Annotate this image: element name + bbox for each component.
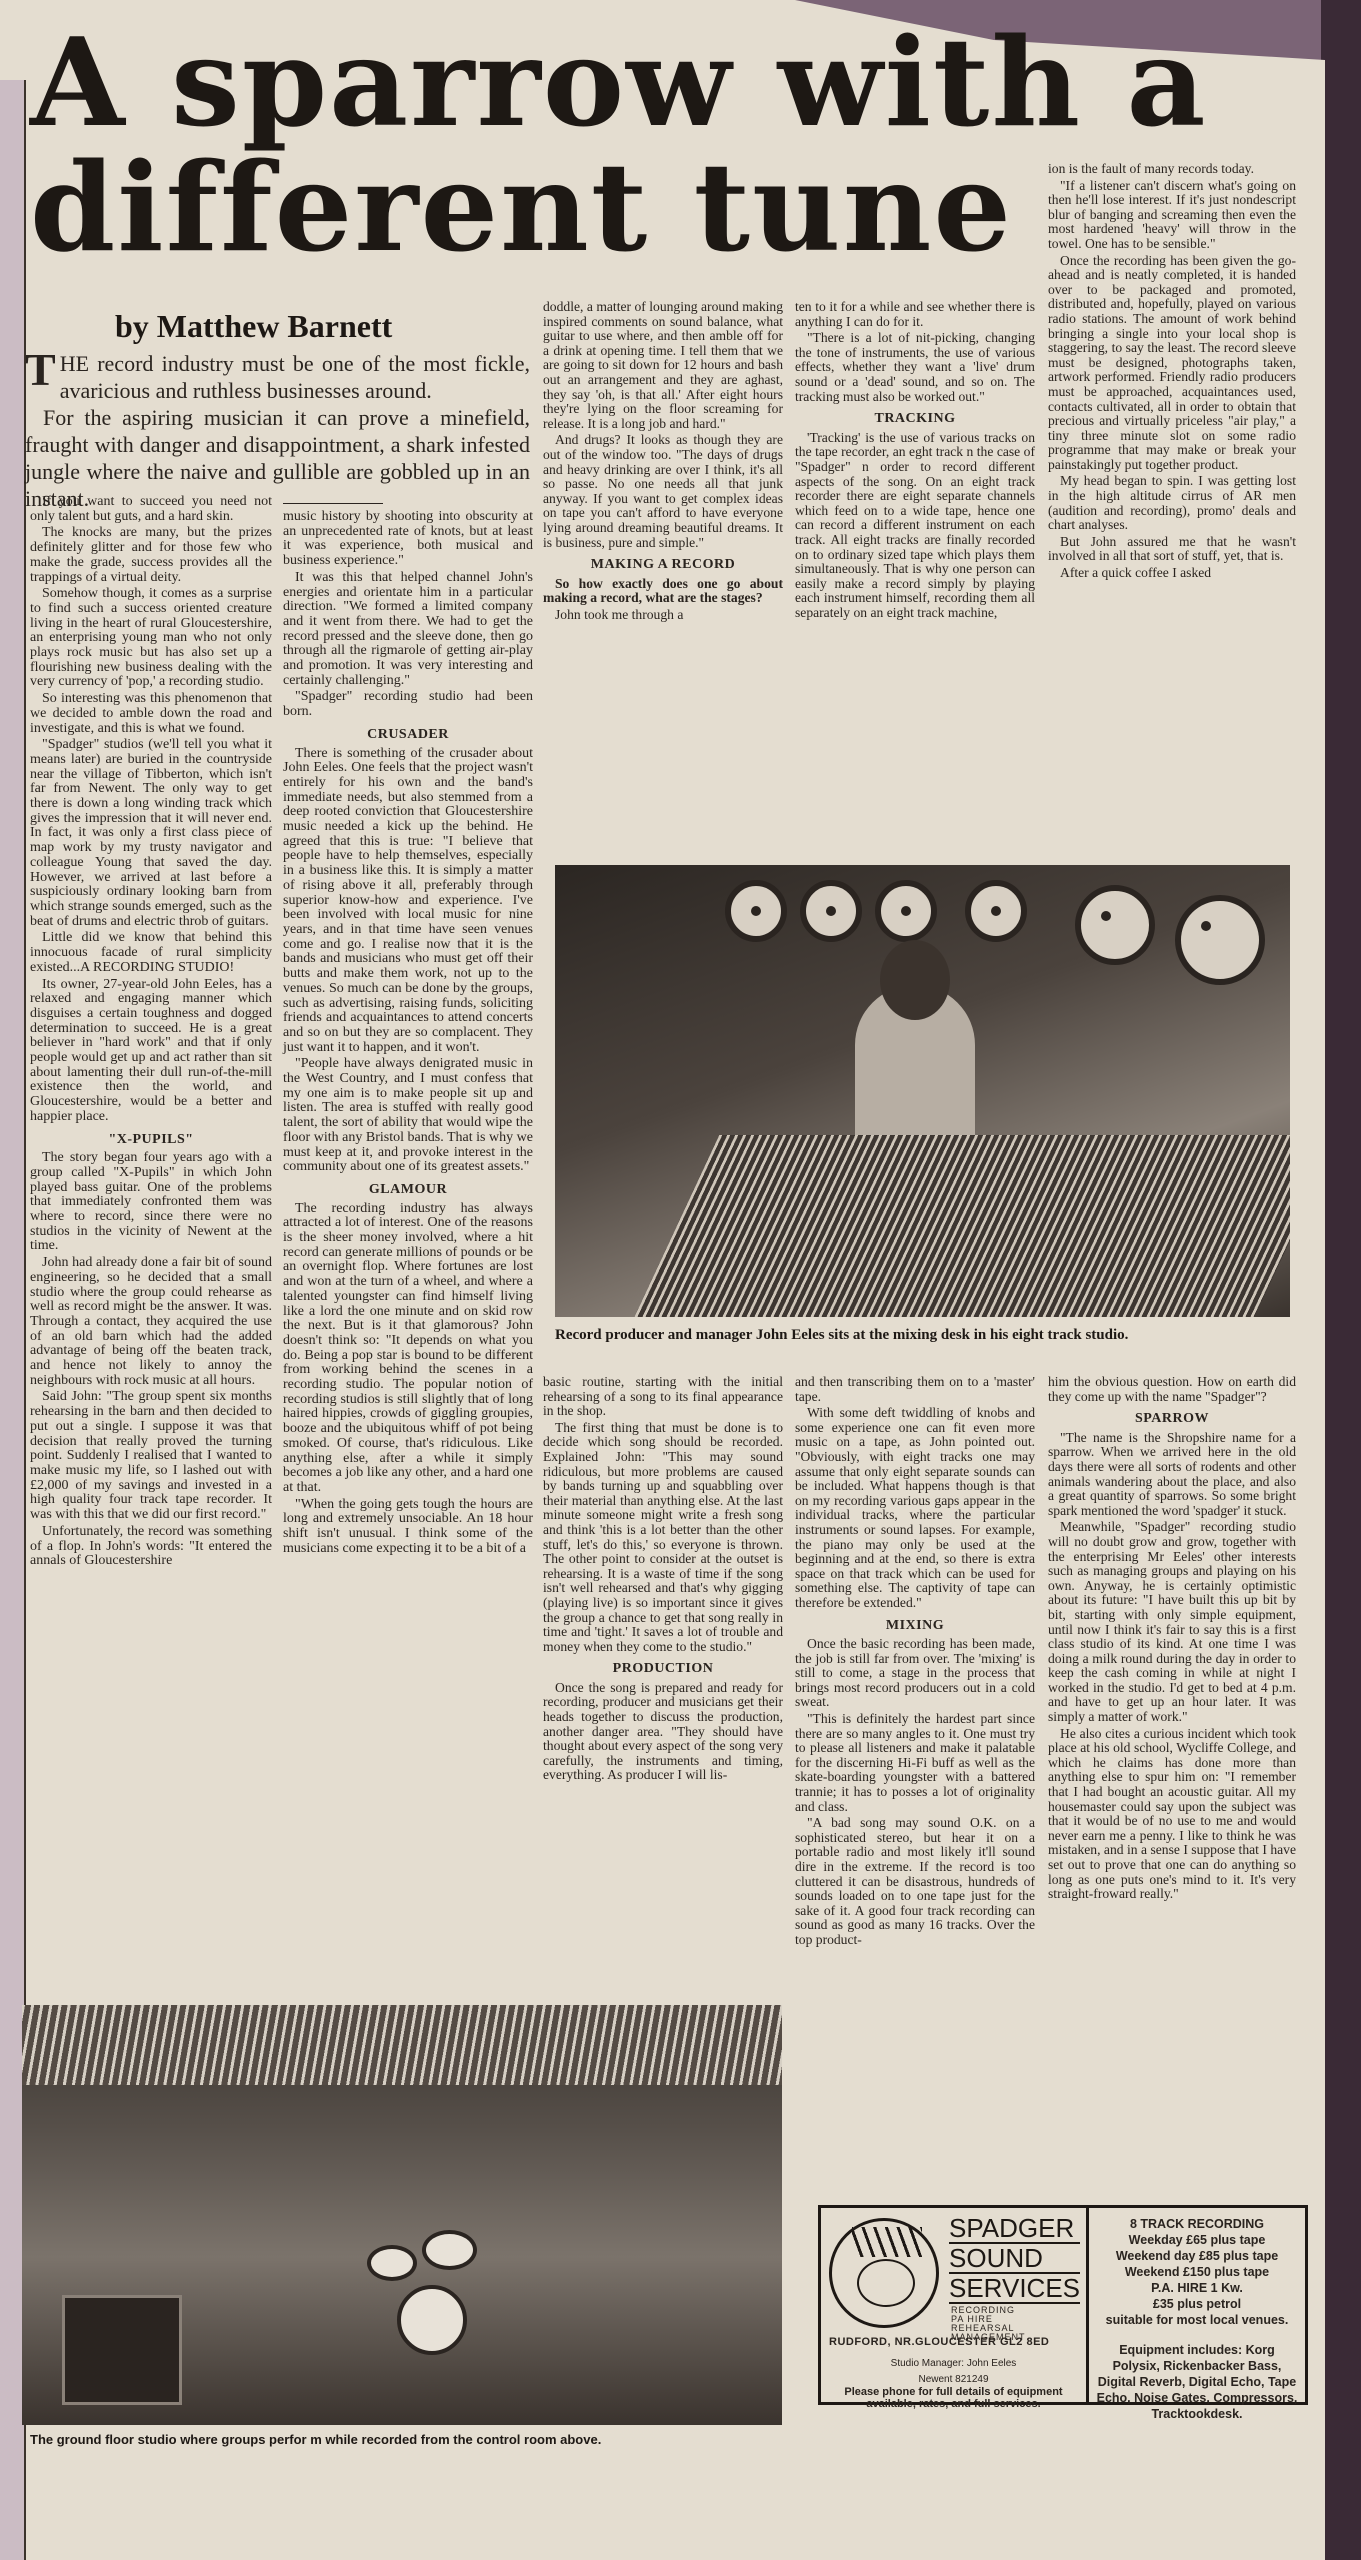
subheading-production: PRODUCTION [543,1662,783,1677]
person-head [880,940,950,1020]
photo-caption-desk: Record producer and manager John Eeles s… [555,1327,1315,1344]
ad-manager: Studio Manager: John Eeles [821,2358,1086,2369]
brand-line: SOUND [949,2244,1080,2274]
amplifier [62,2295,182,2405]
ad-rates-panel: 8 TRACK RECORDING Weekday £65 plus tape … [1089,2208,1305,2402]
subheading-mixing: MIXING [795,1619,1035,1634]
paragraph: doddle, a matter of lounging around maki… [543,300,783,431]
subheading-sparrow: SPARROW [1048,1412,1296,1427]
paragraph: With some deft twiddling of knobs and so… [795,1406,1035,1610]
paragraph: Unfortunately, the record was something … [30,1525,272,1569]
ad-phone: Newent 821249 [821,2374,1086,2385]
lede-paragraph-1: HE record industry must be one of the mo… [60,351,530,403]
paragraph: If you want to succeed you need not only… [30,495,272,524]
brand-line: SERVICES [949,2274,1080,2304]
photo-mixing-desk [555,865,1290,1317]
subheading-glamour: GLAMOUR [283,1183,533,1198]
paragraph: After a quick coffee I asked [1048,566,1296,581]
lede: THE record industry must be one of the m… [25,350,530,512]
paragraph: John had already done a fair bit of soun… [30,1256,272,1388]
paragraph: The story began four years ago with a gr… [30,1151,272,1254]
drop-cap: T [25,350,56,390]
paragraph: Somehow though, it comes as a surprise t… [30,587,272,690]
rate-weekday: Weekday £65 plus tape [1095,2232,1299,2248]
paragraph: him the obvious question. How on earth d… [1048,1375,1296,1404]
paragraph: Meanwhile, "Spadger" recording studio wi… [1048,1520,1296,1724]
paragraph: Once the recording has been given the go… [1048,254,1296,473]
paragraph: There is something of the crusader about… [283,747,533,1056]
paragraph: My head began to spin. I was getting los… [1048,474,1296,532]
paragraph: It was this that helped channel John's e… [283,571,533,689]
paragraph: Little did we know that behind this inno… [30,931,272,975]
rate-weekend-day: Weekend day £85 plus tape [1095,2248,1299,2264]
tape-reel-icon [965,880,1027,942]
paragraph: "There is a lot of nit-picking, changing… [795,331,1035,404]
studio-ceiling [22,2005,782,2085]
ad-brand-name: SPADGER SOUND SERVICES [949,2214,1080,2304]
paragraph: The knocks are many, but the prizes defi… [30,526,272,585]
rates-title: 8 TRACK RECORDING [1095,2216,1299,2232]
paragraph: John took me through a [543,608,783,623]
background-frame [1321,0,1361,2560]
paragraph: So interesting was this phenomenon that … [30,692,272,736]
paragraph: and then transcribing them on to a 'mast… [795,1375,1035,1404]
subheading-tracking: TRACKING [795,412,1035,427]
column-rule [283,503,383,504]
paragraph: So how exactly does one go about making … [543,577,783,606]
advertisement-spadger: SPADGER SOUND SERVICES RECORDING PA HIRE… [818,2205,1308,2405]
paragraph: The recording industry has always attrac… [283,1202,533,1496]
tape-reel-icon [725,880,787,942]
equipment-list: Equipment includes: Korg Polysix, Ricken… [1095,2342,1299,2422]
byline: by Matthew Barnett [115,308,392,345]
bird-icon [857,2259,915,2307]
sun-rays-icon [852,2227,922,2257]
subheading-making-a-record: MAKING A RECORD [543,558,783,573]
column-3-bottom: basic routine, starting with the initial… [543,1375,783,1785]
sparrow-logo-icon [829,2218,939,2328]
paragraph: "A bad song may sound O.K. on a sophisti… [795,1816,1035,1947]
mixing-console [631,1135,1290,1317]
column-2: music history by shooting into obscurity… [283,510,533,1559]
paragraph: "If a listener can't discern what's goin… [1048,179,1296,252]
ad-brand-panel: SPADGER SOUND SERVICES RECORDING PA HIRE… [821,2208,1089,2402]
paragraph: music history by shooting into obscurity… [283,510,533,569]
paragraph: The first thing that must be done is to … [543,1421,783,1655]
paragraph: "People have always denigrated music in … [283,1057,533,1175]
drum-icon [367,2245,417,2281]
bass-drum-icon [397,2285,467,2355]
column-5-bottom: him the obvious question. How on earth d… [1048,1375,1296,1904]
subheading-crusader: CRUSADER [283,728,533,743]
paragraph: Once the song is prepared and ready for … [543,1681,783,1783]
pa-hire-note: suitable for most local venues. [1095,2312,1299,2328]
ad-address: RUDFORD, NR.GLOUCESTER GL2 8ED [829,2336,1049,2348]
paragraph: "The name is the Shropshire name for a s… [1048,1431,1296,1519]
brand-line: SPADGER [949,2214,1080,2244]
tape-reel-icon [1075,885,1155,965]
column-4-top: ten to it for a while and see whether th… [795,300,1035,622]
paragraph: Said John: "The group spent six months r… [30,1390,272,1522]
tape-reel-icon [1175,895,1265,985]
column-4-bottom: and then transcribing them on to a 'mast… [795,1375,1035,1950]
rate-weekend: Weekend £150 plus tape [1095,2264,1299,2280]
paragraph: "When the going gets tough the hours are… [283,1498,533,1557]
paragraph: "This is definitely the hardest part sin… [795,1712,1035,1814]
paragraph: Once the basic recording has been made, … [795,1637,1035,1710]
paragraph: But John assured me that he wasn't invol… [1048,535,1296,564]
tape-reel-icon [800,880,862,942]
column-5-top: ion is the fault of many records today. … [1048,162,1296,583]
paragraph: And drugs? It looks as though they are o… [543,433,783,550]
photo-caption-studio: The ground floor studio where groups per… [30,2432,790,2447]
paragraph: ion is the fault of many records today. [1048,162,1296,177]
ad-call-to-action: Please phone for full details of equipme… [821,2386,1086,2410]
paragraph: ten to it for a while and see whether th… [795,300,1035,329]
paragraph: 'Tracking' is the use of various tracks … [795,431,1035,621]
paragraph: He also cites a curious incident which t… [1048,1727,1296,1902]
paragraph: Its owner, 27-year-old John Eeles, has a… [30,978,272,1125]
drum-icon [422,2230,477,2270]
column-3-top: doddle, a matter of lounging around maki… [543,300,783,624]
paragraph: "Spadger" recording studio had been born… [283,690,533,719]
pa-hire-price: £35 plus petrol [1095,2296,1299,2312]
pa-hire-title: P.A. HIRE 1 Kw. [1095,2280,1299,2296]
column-1: If you want to succeed you need not only… [30,495,272,1571]
photo-ground-floor-studio [22,2005,782,2425]
paragraph: basic routine, starting with the initial… [543,1375,783,1419]
subheading-x-pupils: "X-PUPILS" [30,1133,272,1148]
paragraph: "Spadger" studios (we'll tell you what i… [30,738,272,929]
tape-reel-icon [875,880,937,942]
